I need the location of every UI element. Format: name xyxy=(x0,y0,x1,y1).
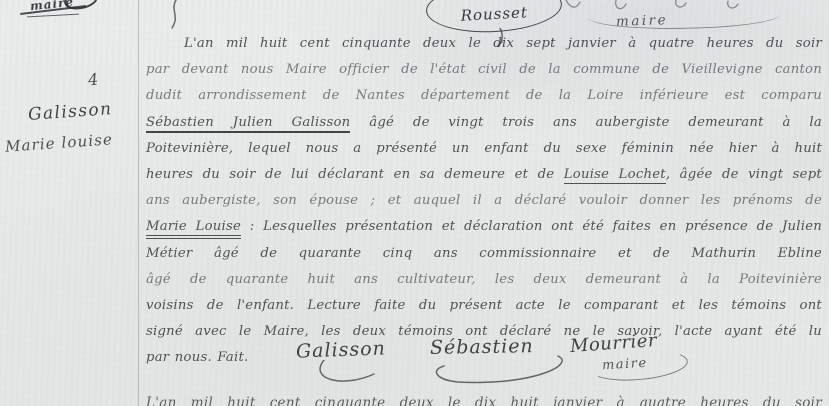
body-line-6-post: , âgée de vingt sept xyxy=(666,167,822,182)
body-line-5: Poitevinière, lequel nous a présenté un … xyxy=(146,136,822,162)
act-number: 4 xyxy=(87,70,99,90)
body-line-3: dudit arrondissement de Nantes départeme… xyxy=(146,83,822,109)
body-line-9: Métier âgé de quarante cinq ans commissi… xyxy=(146,241,822,267)
margin-rule-line xyxy=(138,0,139,406)
act-body-text: L'an mil huit cent cinquante deux le dix… xyxy=(146,31,822,371)
body-line-6-pre: heures du soir de lui déclarant en sa de… xyxy=(146,167,564,182)
body-line-8-rest: : Lesquelles présentation et déclaration… xyxy=(241,219,822,234)
given-signature-flourish xyxy=(416,352,581,392)
child-names-underlined: Marie Louise xyxy=(146,219,241,239)
father-name-underlined: Sébastien Julien Galisson xyxy=(146,115,350,133)
signature-rousset-text: Rousset xyxy=(460,0,529,24)
body-line-7: ans aubergiste, son épouse ; et auquel i… xyxy=(146,188,822,214)
mother-name-underlined: Louise Lochet xyxy=(564,167,666,184)
stray-pen-stroke xyxy=(166,0,188,30)
signature-mayor-title: maire xyxy=(602,356,648,373)
father-signature-flourish xyxy=(300,360,420,390)
body-line-4: Sébastien Julien Galisson âgé de vingt t… xyxy=(146,110,822,136)
body-line-2: par devant nous Maire officier de l'état… xyxy=(146,57,822,83)
margin-surname: Galisson xyxy=(27,99,113,125)
signature-father-surname: Galisson xyxy=(296,337,387,362)
margin-given-names: Marie louise xyxy=(5,130,114,155)
next-act-first-line-partial: L'an mil huit cent cinquante deux le dix… xyxy=(146,395,822,406)
body-line-6: heures du soir de lui déclarant en sa de… xyxy=(146,162,822,188)
scanned-register-page: maire Rousset maire 4 Galisson Marie lou… xyxy=(0,0,829,406)
body-line-11: voisins de l'enfant. Lecture faite du pr… xyxy=(146,293,822,319)
body-line-8: Marie Louise : Lesquelles présentation e… xyxy=(146,214,822,240)
body-line-4-rest: âgé de vingt trois ans aubergiste demeur… xyxy=(350,115,822,130)
corner-flourish-loop xyxy=(63,0,100,12)
body-line-1: L'an mil huit cent cinquante deux le dix… xyxy=(146,31,822,57)
previous-act-maire-label: maire xyxy=(616,12,669,30)
body-line-10: âgé de quarante huit ans cultivateur, le… xyxy=(146,267,822,293)
corner-scribble-stroke xyxy=(27,14,79,18)
